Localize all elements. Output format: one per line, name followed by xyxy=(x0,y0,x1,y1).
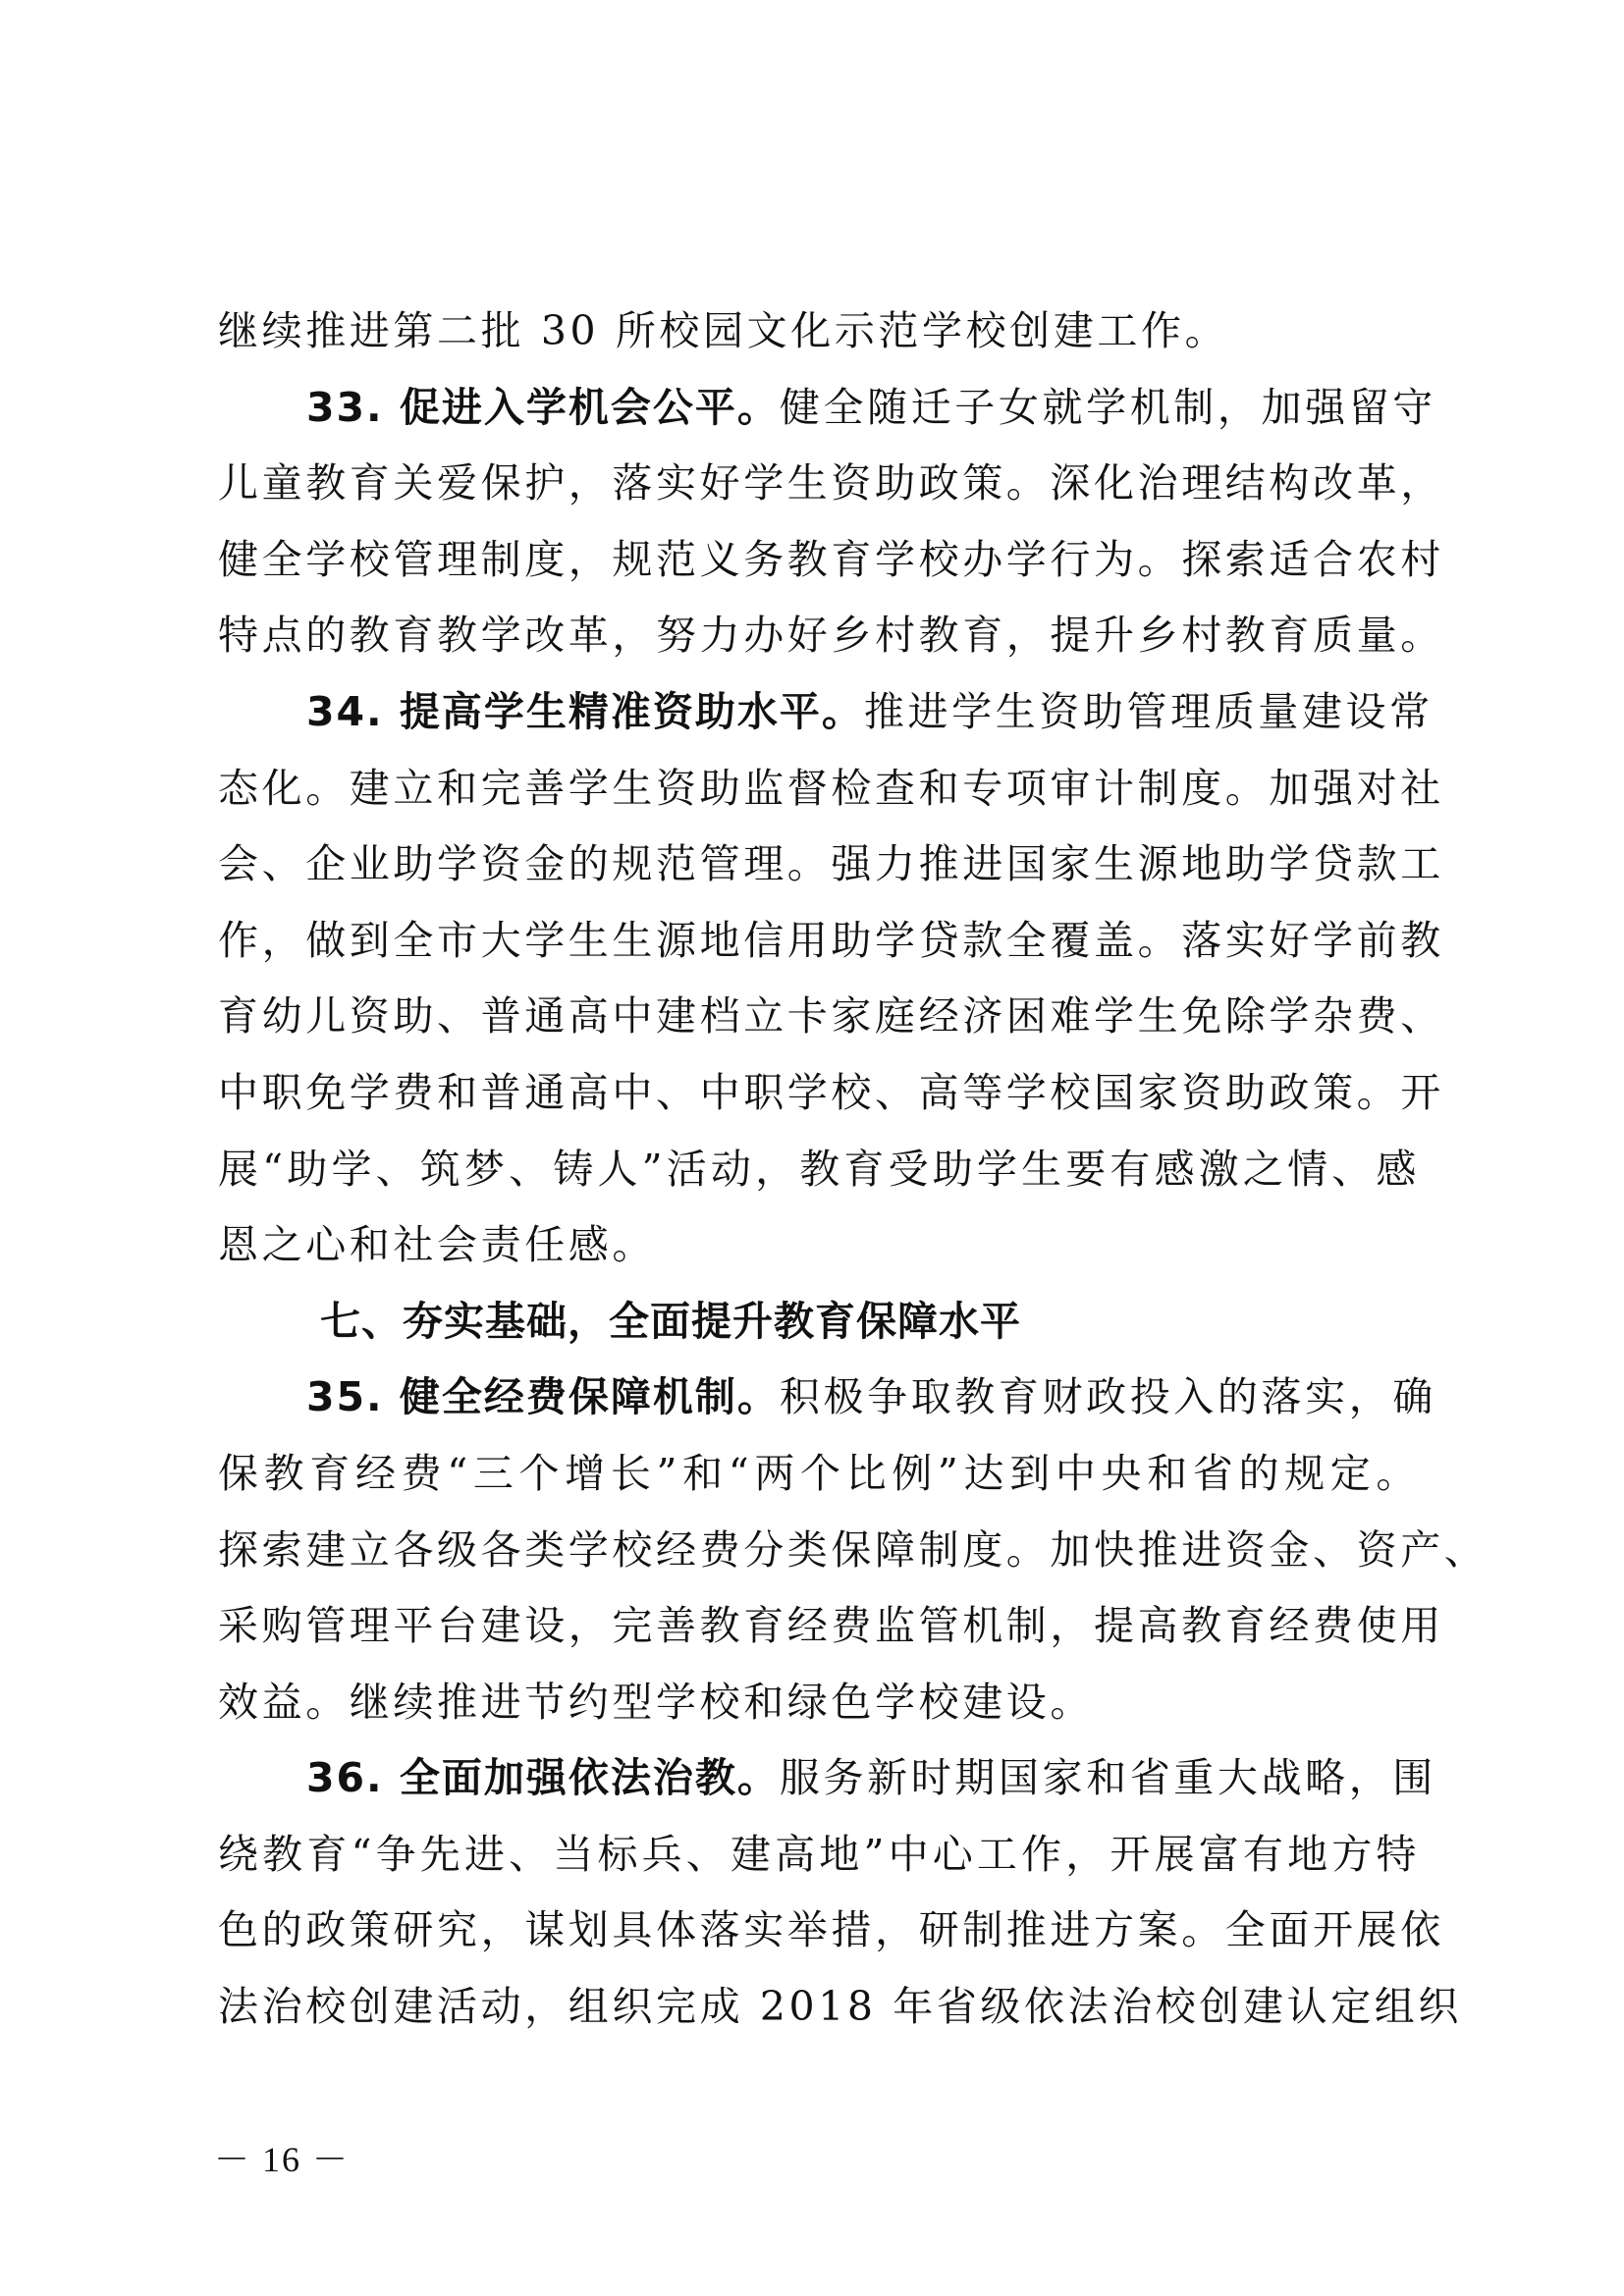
paragraph-line: 中职免学费和普通高中、中职学校、高等学校国家资助政策。开 xyxy=(218,1055,1420,1132)
paragraph-line: 会、企业助学资金的规范管理。强力推进国家生源地助学贷款工 xyxy=(218,827,1420,903)
item-35-title: 35. 健全经费保障机制。 xyxy=(306,1373,780,1420)
document-page: 继续推进第二批 30 所校园文化示范学校创建工作。 33. 促进入学机会公平。健… xyxy=(0,0,1624,2296)
paragraph-line: 继续推进第二批 30 所校园文化示范学校创建工作。 xyxy=(218,294,1420,370)
section-heading: 七、夯实基础，全面提升教育保障水平 xyxy=(218,1284,1420,1361)
item-36-title: 36. 全面加强依法治教。 xyxy=(306,1754,780,1801)
line-text: 色的政策研究，谋划具体落实举措，研制推进方案。全面开展依 xyxy=(218,1906,1444,1953)
line-text: 保教育经费“三个增长”和“两个比例”达到中央和省的规定。 xyxy=(218,1450,1420,1497)
item-36-heading-line: 36. 全面加强依法治教。服务新时期国家和省重大战略，围 xyxy=(218,1740,1420,1817)
paragraph-line: 作，做到全市大学生生源地信用助学贷款全覆盖。落实好学前教 xyxy=(218,903,1420,980)
paragraph-line: 儿童教育关爱保护，落实好学生资助政策。深化治理结构改革， xyxy=(218,446,1420,522)
item-33-title: 33. 促进入学机会公平。 xyxy=(306,384,780,431)
line-text: 积极争取教育财政投入的落实，确 xyxy=(780,1373,1436,1420)
line-text: 推进学生资助管理质量建设常 xyxy=(864,688,1434,735)
line-text: 展“助学、筑梦、铸人”活动，教育受助学生要有感激之情、感 xyxy=(218,1146,1420,1193)
paragraph-line: 保教育经费“三个增长”和“两个比例”达到中央和省的规定。 xyxy=(218,1436,1420,1513)
paragraph-line: 健全学校管理制度，规范义务教育学校办学行为。探索适合农村 xyxy=(218,522,1420,599)
line-text: 特点的教育教学改革，努力办好乡村教育，提升乡村教育质量。 xyxy=(218,612,1444,659)
item-34-heading-line: 34. 提高学生精准资助水平。推进学生资助管理质量建设常 xyxy=(218,674,1420,751)
paragraph-line: 展“助学、筑梦、铸人”活动，教育受助学生要有感激之情、感 xyxy=(218,1132,1420,1208)
body-text: 继续推进第二批 30 所校园文化示范学校创建工作。 33. 促进入学机会公平。健… xyxy=(218,294,1420,2046)
line-text: 会、企业助学资金的规范管理。强力推进国家生源地助学贷款工 xyxy=(218,840,1444,887)
paragraph-line: 育幼儿资助、普通高中建档立卡家庭经济困难学生免除学杂费、 xyxy=(218,979,1420,1055)
line-text: 效益。继续推进节约型学校和绿色学校建设。 xyxy=(218,1679,1094,1726)
line-text: 中职免学费和普通高中、中职学校、高等学校国家资助政策。开 xyxy=(218,1069,1444,1116)
paragraph-line: 效益。继续推进节约型学校和绿色学校建设。 xyxy=(218,1665,1420,1741)
line-text: 服务新时期国家和省重大战略，围 xyxy=(780,1754,1436,1801)
paragraph-line: 特点的教育教学改革，努力办好乡村教育，提升乡村教育质量。 xyxy=(218,598,1420,674)
paragraph-line: 色的政策研究，谋划具体落实举措，研制推进方案。全面开展依 xyxy=(218,1893,1420,1969)
line-text: 作，做到全市大学生生源地信用助学贷款全覆盖。落实好学前教 xyxy=(218,917,1444,964)
paragraph-line: 恩之心和社会责任感。 xyxy=(218,1207,1420,1284)
paragraph-line: 绕教育“争先进、当标兵、建高地”中心工作，开展富有地方特 xyxy=(218,1817,1420,1894)
line-text: 采购管理平台建设，完善教育经费监管机制，提高教育经费使用 xyxy=(218,1602,1444,1649)
page-number: － 16 － xyxy=(214,2132,350,2182)
line-text: 恩之心和社会责任感。 xyxy=(218,1221,656,1268)
paragraph-line: 探索建立各级各类学校经费分类保障制度。加快推进资金、资产、 xyxy=(218,1513,1420,1589)
line-text: 法治校创建活动，组织完成 2018 年省级依法治校创建认定组织 xyxy=(218,1983,1462,2030)
item-33-heading-line: 33. 促进入学机会公平。健全随迁子女就学机制，加强留守 xyxy=(218,370,1420,447)
paragraph-line: 态化。建立和完善学生资助监督检查和专项审计制度。加强对社 xyxy=(218,751,1420,828)
line-text: 探索建立各级各类学校经费分类保障制度。加快推进资金、资产、 xyxy=(218,1526,1488,1574)
paragraph-line: 法治校创建活动，组织完成 2018 年省级依法治校创建认定组织 xyxy=(218,1969,1420,2046)
section-heading-text: 七、夯实基础，全面提升教育保障水平 xyxy=(320,1298,1021,1345)
item-35-heading-line: 35. 健全经费保障机制。积极争取教育财政投入的落实，确 xyxy=(218,1360,1420,1436)
item-34-title: 34. 提高学生精准资助水平。 xyxy=(306,688,864,735)
line-text: 儿童教育关爱保护，落实好学生资助政策。深化治理结构改革， xyxy=(218,459,1444,507)
line-text: 健全学校管理制度，规范义务教育学校办学行为。探索适合农村 xyxy=(218,536,1444,583)
paragraph-line: 采购管理平台建设，完善教育经费监管机制，提高教育经费使用 xyxy=(218,1588,1420,1665)
line-text: 绕教育“争先进、当标兵、建高地”中心工作，开展富有地方特 xyxy=(218,1831,1420,1878)
line-text: 继续推进第二批 30 所校园文化示范学校创建工作。 xyxy=(218,307,1228,354)
line-text: 态化。建立和完善学生资助监督检查和专项审计制度。加强对社 xyxy=(218,765,1444,812)
line-text: 健全随迁子女就学机制，加强留守 xyxy=(780,384,1436,431)
line-text: 育幼儿资助、普通高中建档立卡家庭经济困难学生免除学杂费、 xyxy=(218,992,1444,1040)
